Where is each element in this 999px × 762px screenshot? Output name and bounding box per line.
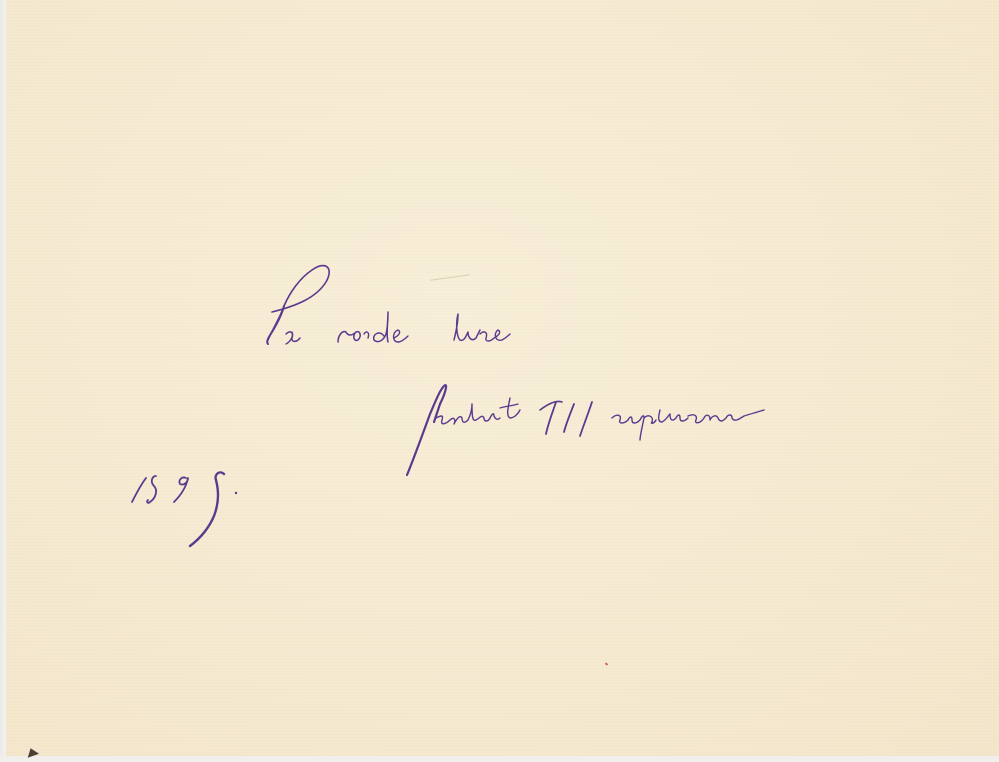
edition-note-ink: [267, 266, 510, 344]
date-ink: [132, 472, 237, 546]
signature-ink: [407, 385, 764, 475]
handwriting: [0, 0, 999, 762]
